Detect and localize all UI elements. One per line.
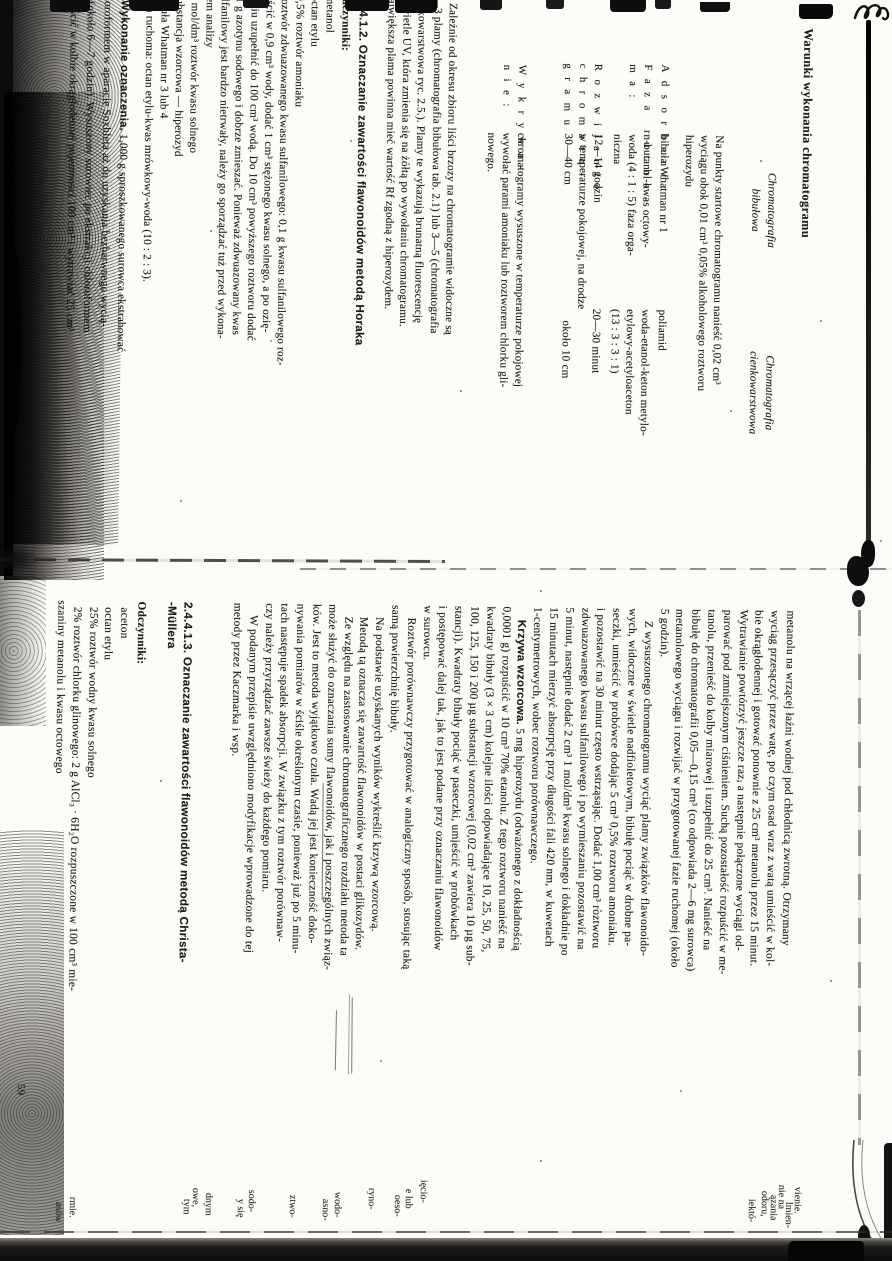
curve-lead-rest: 5 mg hiperozydu (odważonego z dokładnośc…: [511, 725, 526, 951]
table-title: Warunki wykonania chromatogramu: [798, 28, 816, 238]
paragraph-zaleznie: Zależnie od okresu zbioru liści brzozy n…: [379, 0, 460, 335]
next-leaf-fragment: iektó-: [746, 1199, 757, 1222]
table-cell-rozwijanie-r3-bibulowa: 30—40 cm: [561, 133, 574, 185]
procedure-lead-rest: 1,000 g sproszkowanego surowca ekstrahow…: [115, 131, 130, 352]
next-leaf-fragment: rmie.: [67, 1197, 78, 1218]
text-line: bibułowa: [746, 133, 764, 288]
procedure-lead-bold: Wykonanie oznaczenia.: [117, 0, 131, 131]
table-cell-rozwijanie-r3-cienkowarstwowa: około 10 cm: [559, 320, 572, 378]
pen-line-vertical: [866, 20, 871, 565]
next-leaf-fragment: asów: [53, 1202, 64, 1223]
scan-edge-right-jag: [884, 1143, 892, 1261]
page-top-scan: Warunki wykonania chromatogramu Chromato…: [8, 0, 860, 554]
text-line: wyciągu obok 0,01 cm³ 0,05% alkoholowego…: [693, 135, 711, 391]
next-leaf-fragment: asno-: [320, 1199, 331, 1221]
next-leaf-fragment: wodo-: [332, 1192, 343, 1218]
text-line: woda (4 : 1 : 5) faza orga-: [622, 134, 639, 256]
pencil-underline-metoda-ta: [334, 1010, 337, 1070]
table-cell-wykrywanie: chromatogramy wysuszone w temperaturze p…: [480, 132, 529, 387]
table-cell-faza-bibulowa: n-butanol-kwas octowy-woda (4 : 1 : 5) f…: [607, 134, 654, 256]
table-cell-rozwijanie-shared: w temperaturze pokojowej, na drodze: [575, 134, 589, 310]
bottom-band-right-streak: [858, 610, 861, 1145]
table-intro-cell: Na punkty startowe chromatogramu nanieść…: [678, 135, 726, 392]
page-number: 59: [15, 1084, 27, 1096]
bottom-band-right-blob-1: [847, 556, 869, 586]
section-heading-2-4-4-1-3: 2.4.4.1.3. Oznaczanie zawartości flawono…: [158, 602, 195, 963]
text-line: wywołać parami amoniaku lub roztworem ch…: [495, 133, 513, 388]
next-leaf-fragment: ztwo-: [287, 1195, 298, 1218]
scan-noise-below-crease: [0, 576, 46, 726]
next-leaf-fragment: vienie.: [792, 1187, 803, 1214]
next-leaf-fragment: ięcio-: [418, 1180, 429, 1203]
table-cell-faza-cienkowarstwowa: woda-etanol-keton metylo-etylowy-acetylo…: [605, 309, 652, 436]
next-leaf-fragment: sodo-: [246, 1190, 257, 1212]
reagents-list-top: metanol octan etylu 0,5% roztwór amoniak…: [137, 0, 337, 367]
text-line: Na punkty startowe chromatogramu nanieść…: [708, 135, 726, 391]
next-leaf-fragment: dnym: [203, 1193, 214, 1216]
next-leaf-fragment: tym: [181, 1199, 192, 1215]
text-line: cienkowarstwowa: [744, 303, 762, 483]
scanned-book-spread: Warunki wykonania chromatogramu Chromato…: [0, 0, 892, 1261]
table-cell-adsorbent-cienkowarstwowa: poliamid: [656, 310, 669, 352]
bottom-band-right-blob-2: [852, 590, 865, 607]
pen-line-end-blob: [861, 540, 875, 567]
table-cell-rozwijanie-r1-bibulowa: 12—14 godzin: [591, 134, 604, 203]
table-cell-rozwijanie-r1-cienkowarstwowa: 20—30 minut: [589, 309, 602, 374]
next-leaf-fragment: y się: [235, 1199, 246, 1218]
reagents-label-top: Odczynniki:: [339, 0, 352, 51]
reagents-list-bottom: aceton octan etylu 25% roztwór wodny kwa…: [47, 600, 131, 992]
text-line: niczna: [607, 134, 624, 256]
table-col1-header: Chromatografiabibułowa: [746, 133, 780, 288]
text-line: chromatogramy wysuszone w temperaturze p…: [510, 133, 528, 388]
table-cell-adsorbent-bibulowa: bibuła Whatman nr 1: [657, 135, 670, 233]
text-line: woda-etanol-keton metylo-: [635, 309, 652, 436]
procedure-paragraph: Wykonanie oznaczenia. 1,000 g sproszkowa…: [61, 0, 133, 352]
reagents-label-bottom: Odczynniki:: [135, 601, 148, 664]
next-leaf-fragment: e lub: [403, 1189, 414, 1209]
text-line: n-butanol-kwas octowy-: [638, 134, 655, 256]
text-line: (13 : 3 : 3 : 1): [605, 309, 622, 436]
procedure-lines: chloroformem w aparacie Soxhleta aż do u…: [61, 0, 116, 352]
text-line: Chromatografia: [760, 303, 778, 483]
section-heading-2-4-4-1-2: 2.4.4.1.2. Oznaczanie zawartości flawono…: [353, 0, 370, 346]
text-line: etylowy-acetyloaceton: [620, 309, 637, 436]
continuation-paragraphs: metanolu na wrzącej łaźni wodnej pod chł…: [524, 607, 798, 976]
page-corner-curl: [840, 1140, 892, 1261]
curve-paragraph: Krzywa wzorcowa. 5 mg hiperozydu (odważo…: [413, 605, 529, 966]
next-leaf-fragment: ryno-: [366, 1188, 377, 1210]
text-line: Chromatografia: [762, 133, 780, 288]
table-col2-header: Chromatografiacienkowarstwowa: [744, 303, 779, 483]
next-leaf-fragment: oeso-: [392, 1195, 403, 1217]
page-bottom-scan: metanolu na wrzącej łaźni wodnej pod chł…: [126, 561, 826, 1261]
method-discussion-paragraphs: Roztwór porównawczy przygotować w analog…: [224, 603, 419, 972]
pencil-underline-glikozydow: [351, 997, 353, 1073]
curve-lines: 0,0001 g) rozpuścić w 10 cm³ 70% etanolu…: [413, 605, 513, 966]
curve-lead-bold: Krzywa wzorcowa.: [514, 620, 527, 726]
pencil-underline-glikozydow-2: [348, 994, 351, 1074]
gutter-crease-left-blob: [0, 546, 40, 572]
